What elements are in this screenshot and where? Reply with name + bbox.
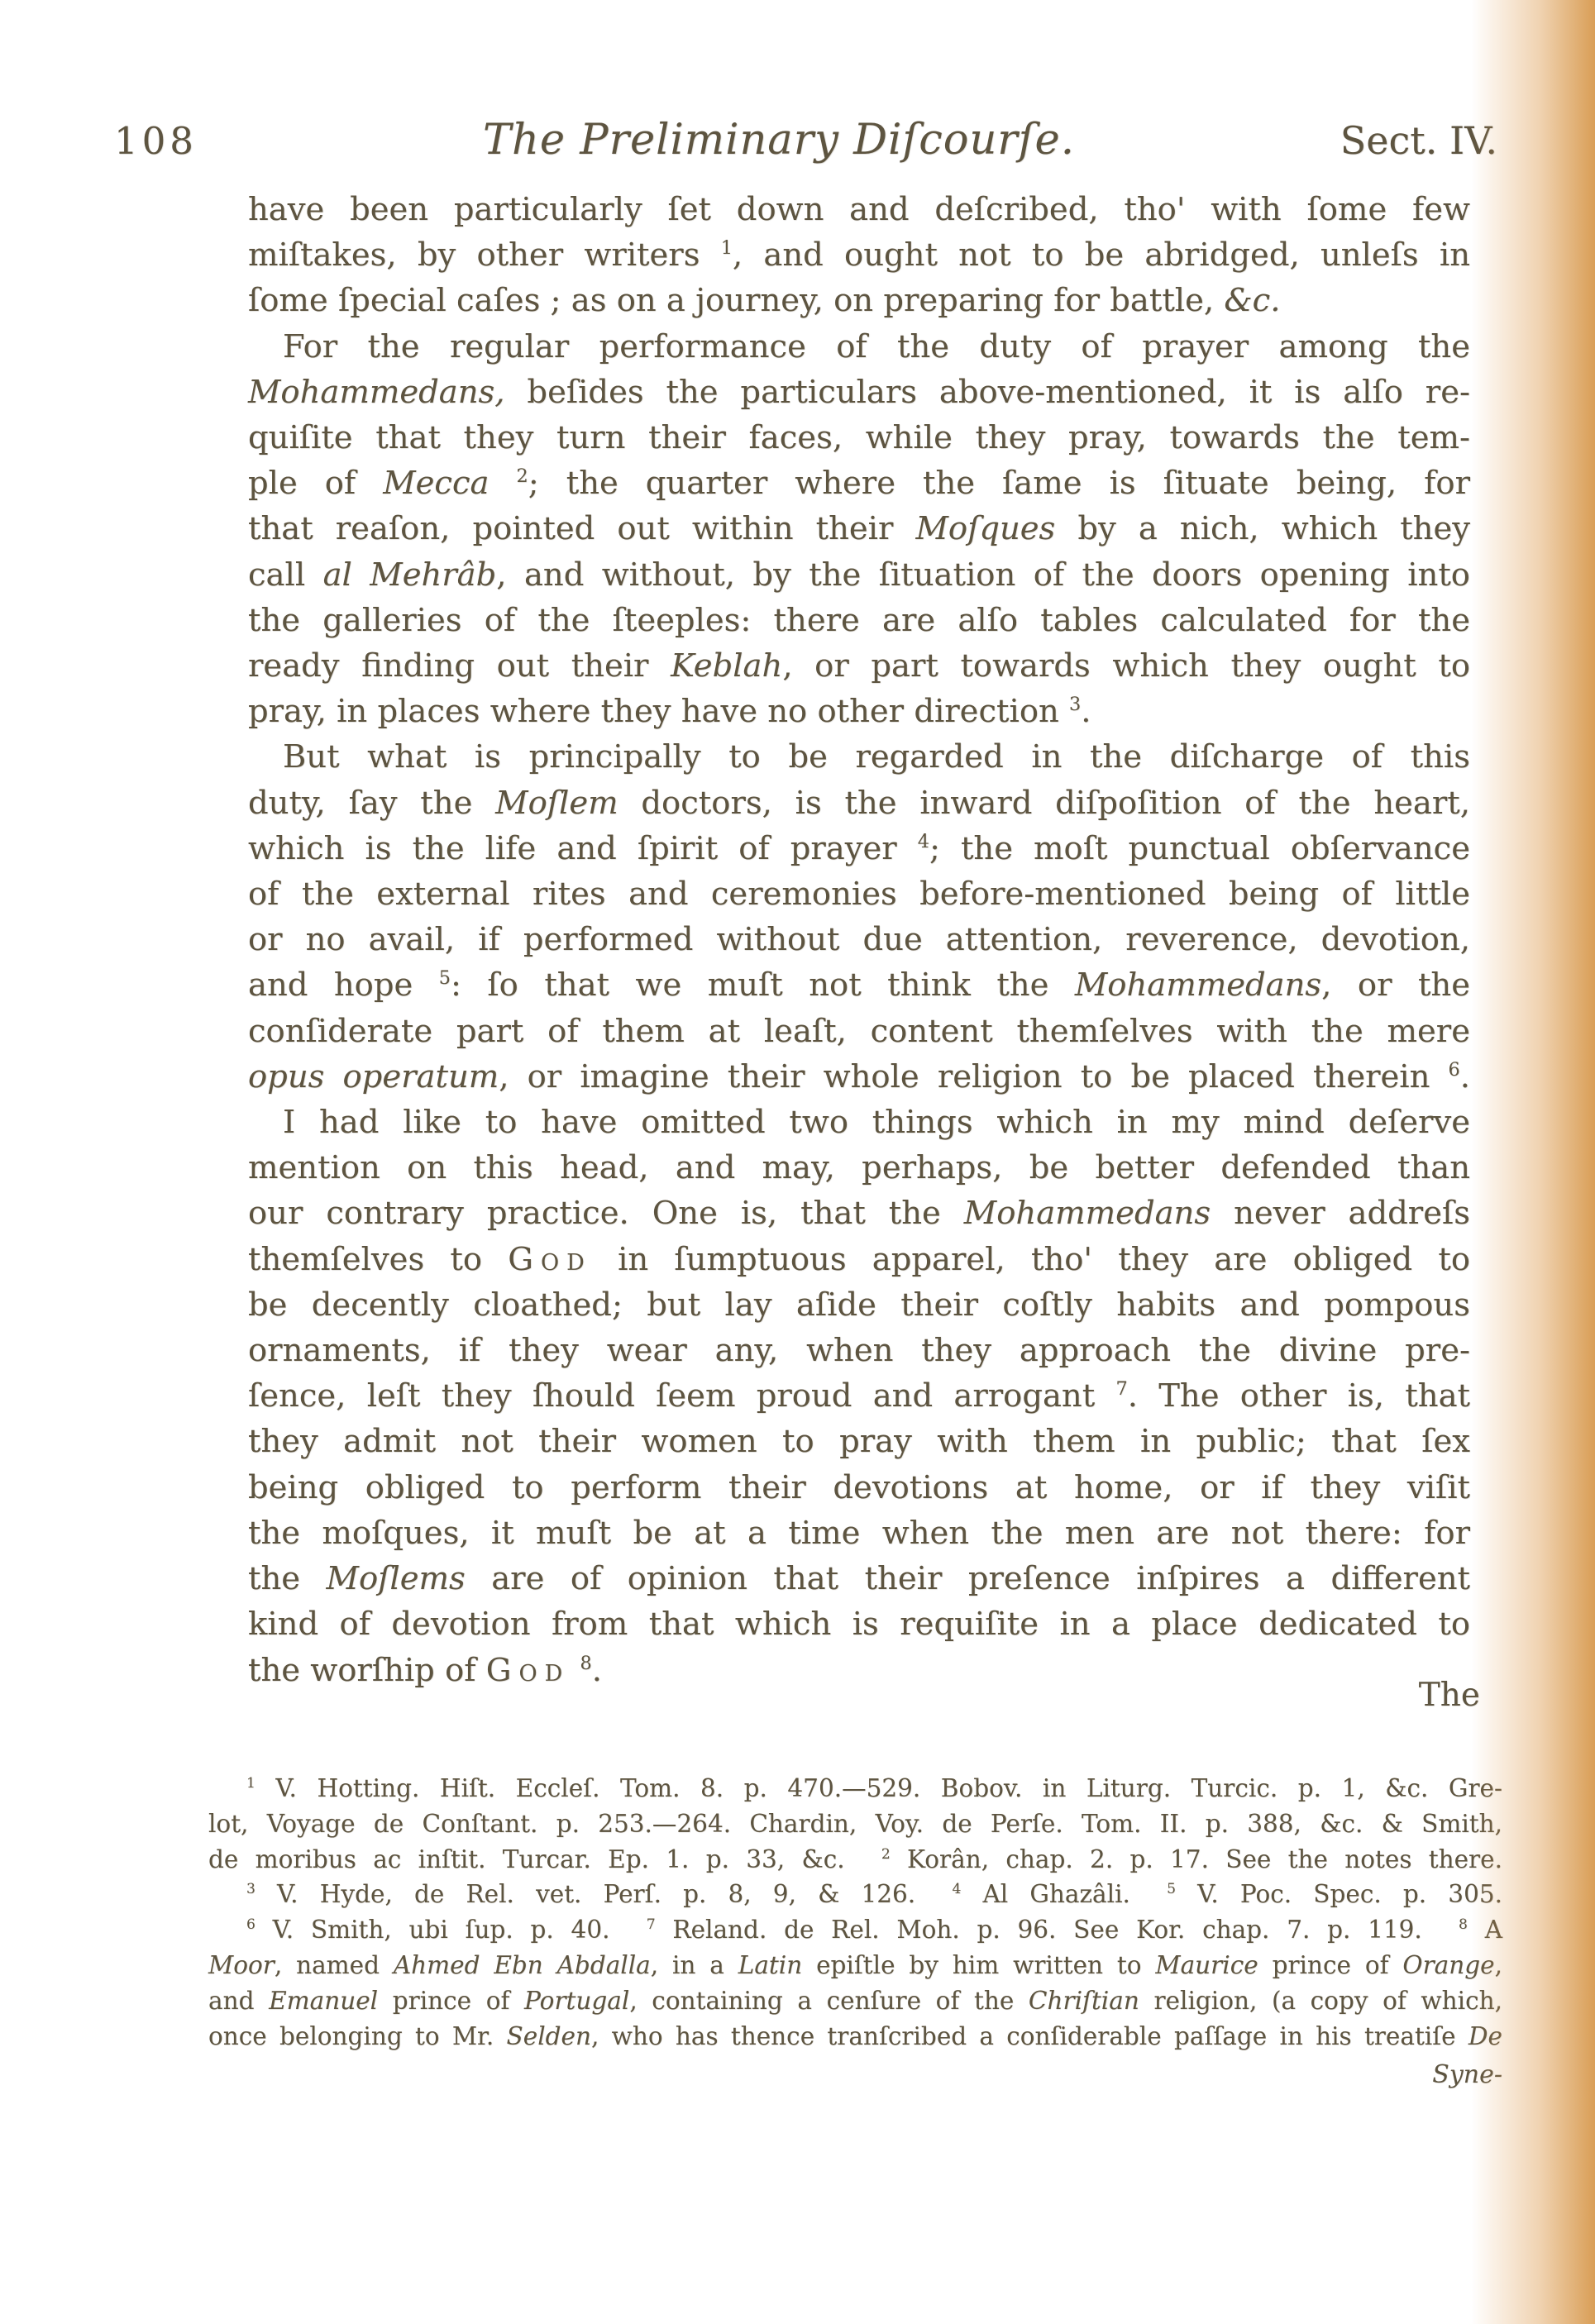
text-segment: 1 bbox=[246, 1775, 255, 1792]
text-segment: : ſo that we muſt not think the bbox=[451, 966, 1075, 1004]
text-segment: 8 bbox=[1459, 1916, 1468, 1933]
text-segment: Mohammedans bbox=[964, 1195, 1211, 1232]
text-segment: ; the moſt punctual obſervance bbox=[929, 830, 1470, 867]
text-segment: ; the quarter where the ſame is ſituate … bbox=[528, 465, 1470, 502]
text-segment: being obliged to perform their devotions… bbox=[248, 1469, 1470, 1506]
section-label: Sect. IV. bbox=[1303, 118, 1497, 163]
text-segment: &c. bbox=[1224, 282, 1280, 319]
text-segment: in ſumptuous apparel, tho' they are obli… bbox=[592, 1241, 1470, 1278]
text-line: But what is principally to be regarded i… bbox=[248, 734, 1470, 780]
text-segment: . bbox=[1460, 1058, 1470, 1095]
text-line: pray, in places where they have no other… bbox=[248, 689, 1470, 734]
text-segment: the worſhip of bbox=[248, 1652, 486, 1689]
text-segment: 8 bbox=[580, 1653, 592, 1674]
text-segment: call bbox=[248, 556, 323, 594]
text-segment: ornaments, if they wear any, when they a… bbox=[248, 1332, 1470, 1369]
text-segment: the bbox=[248, 1560, 327, 1597]
text-segment: which is the life and ſpirit of prayer bbox=[248, 830, 918, 867]
text-segment: , and without, by the ſituation of the d… bbox=[496, 556, 1470, 594]
text-segment: never addreſs bbox=[1211, 1195, 1470, 1232]
text-line: ready finding out their Keblah, or part … bbox=[248, 643, 1470, 689]
text-segment: . bbox=[592, 1652, 602, 1689]
text-line: Mohammedans, beſides the particulars abo… bbox=[248, 370, 1470, 415]
text-segment: ple of bbox=[248, 465, 383, 502]
text-segment: But what is principally to be regarded i… bbox=[283, 738, 1470, 775]
text-segment: de moribus ac inſtit. Turcar. Ep. 1. p. … bbox=[208, 1845, 881, 1873]
text-segment: 1 bbox=[721, 237, 733, 259]
running-title: The Preliminary Diſcourſe. bbox=[255, 116, 1303, 165]
text-segment: V. Poc. Spec. p. 305. bbox=[1176, 1880, 1502, 1908]
text-segment: , named bbox=[275, 1951, 394, 1979]
text-segment: , bbox=[1495, 1951, 1502, 1979]
text-line: that reaſon, pointed out within their Mo… bbox=[248, 506, 1470, 551]
text-line: and hope 5: ſo that we muſt not think th… bbox=[248, 962, 1470, 1008]
text-segment: the galleries of the ſteeples: there are… bbox=[248, 602, 1470, 639]
text-segment: 2 bbox=[517, 465, 528, 487]
text-line: have been particularly ſet down and deſc… bbox=[248, 187, 1470, 232]
text-line: being obliged to perform their devotions… bbox=[248, 1465, 1470, 1510]
text-segment: and bbox=[208, 1987, 269, 2015]
text-segment: Moſques bbox=[915, 510, 1055, 547]
text-line: be decently cloathed; but lay aſide thei… bbox=[248, 1282, 1470, 1328]
text-segment: have been particularly ſet down and deſc… bbox=[248, 191, 1470, 228]
text-line: our contrary practice. One is, that the … bbox=[248, 1191, 1470, 1236]
page-number: 108 bbox=[114, 119, 255, 163]
footnote-line: 6 V. Smith, ubi ſup. p. 40. 7 Reland. de… bbox=[208, 1912, 1502, 1948]
text-segment: be decently cloathed; but lay aſide thei… bbox=[248, 1286, 1470, 1324]
text-segment: , or the bbox=[1321, 966, 1470, 1004]
text-line: the galleries of the ſteeples: there are… bbox=[248, 598, 1470, 643]
text-segment: Mohammedans bbox=[1075, 966, 1321, 1004]
text-segment: Mohammedans, bbox=[248, 374, 505, 411]
text-line: the worſhip of God 8. bbox=[248, 1648, 1470, 1693]
text-segment: Reland. de Rel. Moh. p. 96. See Kor. cha… bbox=[656, 1916, 1459, 1944]
text-segment: themſelves to bbox=[248, 1241, 508, 1278]
text-segment: De bbox=[1468, 2022, 1502, 2050]
text-segment: ſence, leſt they ſhould ſeem proud and a… bbox=[248, 1377, 1116, 1415]
text-segment: epiſtle by him written to bbox=[802, 1951, 1155, 1979]
text-line: which is the life and ſpirit of prayer 4… bbox=[248, 826, 1470, 871]
text-segment: Emanuel bbox=[269, 1987, 378, 2015]
text-segment: . bbox=[1081, 693, 1091, 730]
text-line: conſiderate part of them at leaſt, conte… bbox=[248, 1009, 1470, 1054]
text-segment: For the regular performance of the duty … bbox=[283, 328, 1470, 365]
text-segment: opus operatum bbox=[248, 1058, 499, 1095]
text-segment: or no avail, if performed without due at… bbox=[248, 921, 1470, 958]
text-segment: V. Hotting. Hiſt. Eccleſ. Tom. 8. p. 470… bbox=[255, 1774, 1502, 1802]
text-segment: . The other is, that bbox=[1128, 1377, 1470, 1415]
text-segment: Orange bbox=[1402, 1951, 1494, 1979]
text-segment: God bbox=[486, 1652, 571, 1689]
text-segment: A bbox=[1468, 1916, 1502, 1944]
text-segment: , and ought not to be abridged, unleſs i… bbox=[733, 236, 1470, 274]
text-segment: 4 bbox=[952, 1882, 961, 1898]
text-segment: , or part towards which they ought to bbox=[782, 647, 1470, 685]
footnotes: 1 V. Hotting. Hiſt. Eccleſ. Tom. 8. p. 4… bbox=[208, 1771, 1502, 2054]
footnote-line: 1 V. Hotting. Hiſt. Eccleſ. Tom. 8. p. 4… bbox=[208, 1771, 1502, 1806]
text-line: or no avail, if performed without due at… bbox=[248, 917, 1470, 962]
text-line: duty, ſay the Moſlem doctors, is the inw… bbox=[248, 780, 1470, 826]
text-segment: V. Smith, ubi ſup. p. 40. bbox=[255, 1916, 647, 1944]
text-line: the moſques, it muſt be at a time when t… bbox=[248, 1510, 1470, 1556]
text-line: ſome ſpecial caſes ; as on a journey, on… bbox=[248, 278, 1470, 323]
text-segment: al Mehrâb bbox=[323, 556, 497, 594]
footnote-catchword: Syne- bbox=[1432, 2060, 1502, 2089]
text-segment: are of opinion that their preſence inſpi… bbox=[466, 1560, 1470, 1597]
text-segment: and hope bbox=[248, 966, 439, 1004]
text-line: opus operatum, or imagine their whole re… bbox=[248, 1054, 1470, 1100]
text-segment: ready finding out their bbox=[248, 647, 671, 685]
text-segment: , in a bbox=[651, 1951, 738, 1979]
text-segment: 6 bbox=[246, 1916, 255, 1933]
text-segment: 7 bbox=[647, 1916, 656, 1933]
text-segment: Portugal bbox=[524, 1987, 629, 2015]
text-segment: they admit not their women to pray with … bbox=[248, 1423, 1470, 1460]
text-segment: mention on this head, and may, perhaps, … bbox=[248, 1149, 1470, 1186]
text-line: of the external rites and ceremonies bef… bbox=[248, 871, 1470, 917]
text-segment: religion, (a copy of which, bbox=[1139, 1987, 1502, 2015]
text-line: mention on this head, and may, perhaps, … bbox=[248, 1145, 1470, 1191]
footnote-line: lot, Voyage de Conſtant. p. 253.—264. Ch… bbox=[208, 1806, 1502, 1842]
text-segment: 5 bbox=[1167, 1882, 1176, 1898]
text-segment: , or imagine their whole religion to be … bbox=[499, 1058, 1448, 1095]
text-segment: by a nich, which they bbox=[1055, 510, 1470, 547]
text-segment: Keblah bbox=[671, 647, 782, 685]
text-segment: pray, in places where they have no other… bbox=[248, 693, 1069, 730]
text-segment: lot, Voyage de Conſtant. p. 253.—264. Ch… bbox=[208, 1810, 1502, 1838]
catchword: The bbox=[1419, 1677, 1480, 1714]
text-segment: conſiderate part of them at leaſt, conte… bbox=[248, 1013, 1470, 1050]
text-segment: of the external rites and ceremonies bef… bbox=[248, 876, 1470, 913]
text-line: ple of Mecca 2; the quarter where the ſa… bbox=[248, 461, 1470, 506]
footnote-line: once belonging to Mr. Selden, who has th… bbox=[208, 2019, 1502, 2054]
text-segment: quiſite that they turn their faces, whil… bbox=[248, 419, 1470, 456]
text-segment: that reaſon, pointed out within their bbox=[248, 510, 915, 547]
text-segment: Chriſtian bbox=[1029, 1987, 1139, 2015]
text-segment: miſtakes, by other writers bbox=[248, 236, 721, 274]
text-segment: kind of devotion from that which is requ… bbox=[248, 1606, 1470, 1643]
text-segment: Moſlems bbox=[327, 1560, 466, 1597]
footnote-line: Moor, named Ahmed Ebn Abdalla, in a Lati… bbox=[208, 1948, 1502, 1983]
text-segment: , containing a cenſure of the bbox=[629, 1987, 1029, 2015]
text-segment bbox=[570, 1652, 580, 1689]
text-segment: the moſques, it muſt be at a time when t… bbox=[248, 1515, 1470, 1552]
text-segment: duty, ſay the bbox=[248, 785, 495, 822]
text-segment: 5 bbox=[439, 968, 451, 990]
text-line: For the regular performance of the duty … bbox=[248, 324, 1470, 370]
body-text: have been particularly ſet down and deſc… bbox=[248, 187, 1470, 1693]
text-line: ornaments, if they wear any, when they a… bbox=[248, 1328, 1470, 1373]
text-segment: Latin bbox=[738, 1951, 802, 1979]
text-segment: 4 bbox=[918, 831, 929, 852]
text-line: ſence, leſt they ſhould ſeem proud and a… bbox=[248, 1373, 1470, 1419]
text-segment: ſome ſpecial caſes ; as on a journey, on… bbox=[248, 282, 1224, 319]
text-line: miſtakes, by other writers 1, and ought … bbox=[248, 232, 1470, 278]
text-segment: Ahmed Ebn Abdalla bbox=[394, 1951, 651, 1979]
text-segment: doctors, is the inward diſpoſition of th… bbox=[618, 785, 1470, 822]
text-segment: Korân, chap. 2. p. 17. See the notes the… bbox=[891, 1845, 1502, 1873]
text-line: themſelves to God in ſumptuous apparel, … bbox=[248, 1237, 1470, 1282]
text-line: quiſite that they turn their faces, whil… bbox=[248, 415, 1470, 461]
text-segment: Moſlem bbox=[495, 785, 618, 822]
text-segment: 3 bbox=[1069, 694, 1081, 715]
text-segment: God bbox=[508, 1241, 592, 1278]
text-segment: Moor bbox=[208, 1951, 275, 1979]
text-line: I had like to have omitted two things wh… bbox=[248, 1100, 1470, 1145]
text-segment: 2 bbox=[881, 1846, 891, 1863]
text-segment: beſides the particulars above-mentioned,… bbox=[505, 374, 1470, 411]
book-page-scan: 108 The Preliminary Diſcourſe. Sect. IV.… bbox=[0, 0, 1595, 2324]
text-segment: prince of bbox=[378, 1987, 524, 2015]
text-segment bbox=[489, 465, 517, 502]
running-header: 108 The Preliminary Diſcourſe. Sect. IV. bbox=[114, 116, 1497, 165]
footnote-line: and Emanuel prince of Portugal, containi… bbox=[208, 1983, 1502, 2019]
text-segment: , who has thence tranſcribed a conſidera… bbox=[591, 2022, 1468, 2050]
text-segment: 6 bbox=[1449, 1059, 1460, 1081]
text-line: they admit not their women to pray with … bbox=[248, 1419, 1470, 1464]
footnote-line: 3 V. Hyde, de Rel. vet. Perſ. p. 8, 9, &… bbox=[208, 1877, 1502, 1912]
text-segment: V. Hyde, de Rel. vet. Perſ. p. 8, 9, & 1… bbox=[255, 1880, 953, 1908]
text-segment: once belonging to Mr. bbox=[208, 2022, 507, 2050]
text-segment: 3 bbox=[246, 1882, 255, 1898]
text-line: call al Mehrâb, and without, by the ſitu… bbox=[248, 552, 1470, 598]
text-segment: I had like to have omitted two things wh… bbox=[283, 1104, 1470, 1141]
footnote-line: de moribus ac inſtit. Turcar. Ep. 1. p. … bbox=[208, 1842, 1502, 1878]
text-segment: Selden bbox=[507, 2022, 591, 2050]
text-segment: Al Ghazâli. bbox=[961, 1880, 1167, 1908]
text-line: kind of devotion from that which is requ… bbox=[248, 1601, 1470, 1647]
text-segment: our contrary practice. One is, that the bbox=[248, 1195, 964, 1232]
text-segment: Mecca bbox=[383, 465, 489, 502]
text-segment: 7 bbox=[1116, 1378, 1128, 1400]
text-line: the Moſlems are of opinion that their pr… bbox=[248, 1556, 1470, 1601]
text-segment: Maurice bbox=[1155, 1951, 1258, 1979]
text-segment: prince of bbox=[1258, 1951, 1403, 1979]
